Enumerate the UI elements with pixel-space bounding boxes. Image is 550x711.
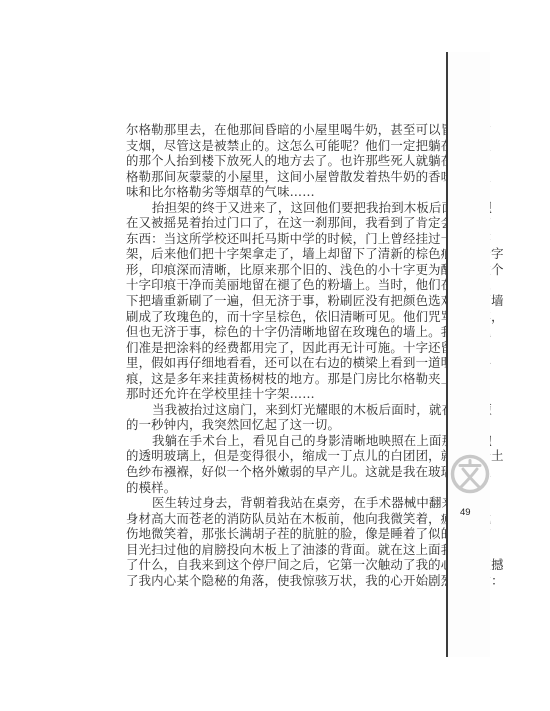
- text-line: 格勒那间灰蒙蒙的小屋里，这间小屋曾散发着热牛奶的香味、尘土: [126, 169, 426, 185]
- text-line: 目光扫过他的肩膀投向木板上了油漆的背面。就在这上面我看见: [126, 542, 426, 558]
- paragraph-first-line: 当我被抬过这扇门，来到灯光耀眼的木板后面时，就在这短短: [126, 402, 426, 418]
- text-line: 里，假如再仔细地看看，还可以在右边的横梁上看到一道明显的斜: [126, 355, 426, 371]
- text-line: 痕，这是多年来挂黄杨树枝的地方。那是门房比尔格勒夹上去的，: [126, 371, 426, 387]
- text-line: 刷成了玫瑰色的，而十字呈棕色，依旧清晰可见。他们咒骂了一阵，: [126, 309, 426, 325]
- text-line: 尔格勒那里去，在他那间昏暗的小屋里喝牛奶，甚至可以冒险地抽: [126, 122, 426, 138]
- text-line: 的一秒钟内，我突然回忆起了这一切。: [126, 417, 426, 433]
- text-line: 下把墙重新刷了一遍，但无济于事，粉刷匠没有把颜色选对，整面墙: [126, 293, 426, 309]
- page-number: 49: [460, 507, 471, 518]
- text-line: 十字印痕干净而美丽地留在褪了色的粉墙上。当时，他们在盛怒之: [126, 277, 426, 293]
- margin-panel: 49: [448, 52, 490, 657]
- text-line: 们准是把涂料的经费都用完了，因此再无计可施。十字还留在这: [126, 340, 426, 356]
- text-line: 了我内心某个隐秘的角落，使我惊骇万状，我的心开始剧烈地跳动：: [126, 573, 426, 589]
- paragraph-first-line: 医生转过身去，背朝着我站在桌旁，在手术器械中翻来翻去。: [126, 495, 426, 511]
- paragraph-first-line: 我躺在手术台上，看见自己的身影清晰地映照在上面那只灯泡: [126, 433, 426, 449]
- wen-character-seal-icon: [450, 454, 490, 494]
- text-line: 的模样。: [126, 480, 426, 496]
- body-text: 尔格勒那里去，在他那间昏暗的小屋里喝牛奶，甚至可以冒险地抽 支烟，尽管这是被禁止…: [126, 122, 426, 588]
- book-page: 尔格勒那里去，在他那间昏暗的小屋里喝牛奶，甚至可以冒险地抽 支烟，尽管这是被禁止…: [0, 0, 550, 711]
- text-line: 支烟，尽管这是被禁止的。这怎么可能呢？他们一定把躺在我旁边: [126, 138, 426, 154]
- text-line: 那时还允许在学校里挂十字架……: [126, 386, 426, 402]
- text-line: 东西：当这所学校还叫托马斯中学的时候，门上曾经挂过一个十字: [126, 231, 426, 247]
- text-line: 形，印痕深而清晰，比原来那个旧的、浅色的小十字更为醒目；这个: [126, 262, 426, 278]
- text-line: 味和比尔格勒劣等烟草的气味……: [126, 184, 426, 200]
- paragraph-first-line: 抬担架的终于又进来了，这回他们要把我抬到木板后面去。现: [126, 200, 426, 216]
- text-line: 架，后来他们把十字架拿走了，墙上却留下了清新的棕色痕迹，十字: [126, 246, 426, 262]
- text-line: 的透明玻璃上，但是变得很小，缩成一丁点儿的白团团，就像一个土: [126, 448, 426, 464]
- text-line: 在又被摇晃着抬过门口了，在这一刹那间，我看到了肯定会看到的: [126, 215, 426, 231]
- text-line: 了什么，自我来到这个停尸间之后，它第一次触动了我的心灵，震撼: [126, 557, 426, 573]
- text-line: 但也无济于事，棕色的十字仍清晰地留在玫瑰色的墙上。我想，他: [126, 324, 426, 340]
- text-line: 的那个人抬到楼下放死人的地方去了。也许那些死人就躺在比尔: [126, 153, 426, 169]
- text-line: 色纱布襁褓，好似一个格外嫩弱的早产儿。这就是我在玻璃灯泡上: [126, 464, 426, 480]
- text-line: 身材高大而苍老的消防队员站在木板前，他向我微笑着，疲倦而忧: [126, 511, 426, 527]
- text-line: 伤地微笑着，那张长满胡子茬的肮脏的脸，像是睡着了似的。我的: [126, 526, 426, 542]
